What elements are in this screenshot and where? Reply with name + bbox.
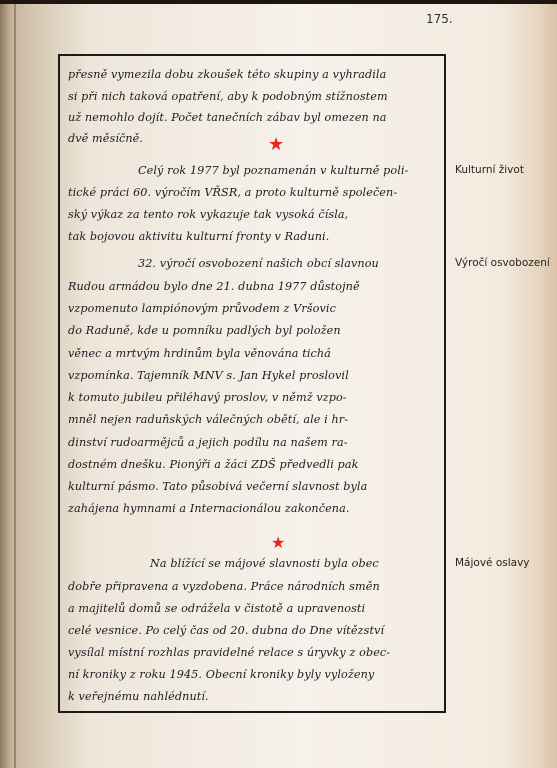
text-line: k tomuto jubileu přiléhavý proslov, v ně… — [68, 391, 347, 404]
chronicle-page: 175. přesně vymezila dobu zkoušek této s… — [0, 4, 557, 768]
page-number: 175. — [426, 12, 453, 26]
text-line: věnec a mrtvým hrdinům byla věnována tic… — [68, 347, 331, 360]
text-line: dinství rudoarmějců a jejich podílu na n… — [68, 436, 348, 449]
text-line: vysílal místní rozhlas pravidelné relace… — [68, 646, 390, 659]
text-line: 32. výročí osvobození našich obcí slavno… — [138, 257, 379, 270]
text-line: a majitelů domů se odrážela v čistotě a … — [68, 602, 365, 615]
text-line: ský výkaz za tento rok vykazuje tak vyso… — [68, 208, 348, 221]
text-line: celé vesnice. Po celý čas od 20. dubna d… — [68, 624, 384, 637]
text-line: si při nich taková opatření, aby k podob… — [68, 90, 388, 103]
margin-note-may-celebrations: Májové oslavy — [455, 557, 530, 569]
text-line: mněl nejen raduňských válečných obětí, a… — [68, 413, 348, 426]
text-line: Na blížící se májové slavnosti byla obec — [150, 557, 379, 570]
text-line: tak bojovou aktivitu kulturní fronty v R… — [68, 230, 329, 243]
red-star-icon: ★ — [271, 534, 285, 552]
margin-note-liberation-anniversary: Výročí osvobození — [455, 257, 550, 269]
book-gutter — [14, 4, 16, 768]
text-line: dostném dnešku. Pionýři a žáci ZDŠ předv… — [68, 458, 358, 471]
text-line: ní kroniky z roku 1945. Obecní kroniky b… — [68, 668, 374, 681]
text-line: dobře připravena a vyzdobena. Práce náro… — [68, 580, 380, 593]
text-line: Rudou armádou bylo dne 21. dubna 1977 dů… — [68, 280, 360, 293]
text-line: vzpomenuto lampiónovým průvodem z Vršovi… — [68, 302, 336, 315]
text-line: už nemohlo dojít. Počet tanečních zábav … — [68, 111, 387, 124]
text-line: k veřejnému nahlédnutí. — [68, 690, 209, 703]
text-line: přesně vymezila dobu zkoušek této skupin… — [68, 68, 386, 81]
text-line: dvě měsíčně. — [68, 132, 143, 145]
margin-note-cultural-life: Kulturní život — [455, 164, 524, 176]
text-line: tické práci 60. výročím VŘSR, a proto ku… — [68, 186, 397, 199]
text-line: zahájena hymnami a Internacionálou zakon… — [68, 502, 350, 515]
text-line: vzpomínka. Tajemník MNV s. Jan Hykel pro… — [68, 369, 349, 382]
text-line: do Raduně, kde u pomníku padlých byl pol… — [68, 324, 341, 337]
text-line: kulturní pásmo. Tato působivá večerní sl… — [68, 480, 367, 493]
red-star-icon: ★ — [268, 136, 284, 154]
text-line: Celý rok 1977 byl poznamenán v kulturně … — [138, 164, 408, 177]
